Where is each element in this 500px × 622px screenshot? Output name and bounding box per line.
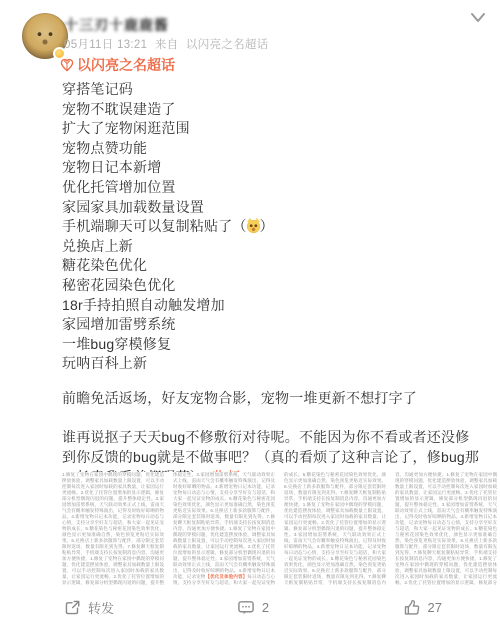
source-link[interactable]: 以闪亮之名超话 <box>186 39 269 51</box>
source-label: 来自 <box>155 39 179 51</box>
update-line: 秘密花园染色优化 <box>62 276 480 296</box>
update-line: 糖花染色优化 <box>62 256 480 276</box>
post-meta: 05月11日 13:21 来自 以闪亮之名超话 <box>64 36 273 52</box>
update-line: 兑换店上新 <box>62 237 480 257</box>
repost-button[interactable]: 转发 <box>0 598 190 617</box>
supertopic-label: 以闪亮之名超话 <box>77 55 175 75</box>
update-line: 宠物不耽误建造了 <box>62 100 480 120</box>
repost-icon <box>64 599 81 616</box>
summary-paragraph: 前瞻免活返场，好友宠物合影，宠物一堆更新不想打字了 <box>62 388 480 408</box>
supertopic-gem-icon <box>60 58 74 72</box>
chevron-down-icon[interactable] <box>470 12 486 24</box>
update-line: 手机端聊天可以复制粘贴了（） <box>62 217 480 237</box>
comment-count: 2 <box>262 600 269 615</box>
patch-notes-accent-heading: 【优化及体验内容】 <box>206 574 248 579</box>
comment-icon <box>237 599 255 616</box>
update-line: 优化托管增加位置 <box>62 178 480 198</box>
supertopic-tag[interactable]: 以闪亮之名超话 <box>60 56 175 73</box>
username[interactable]: 十三刃十鹿鹿酱 <box>64 15 169 35</box>
action-bar: 转发 2 27 <box>0 592 500 622</box>
weibo-post: 十三刃十鹿鹿酱 05月11日 13:21 来自 以闪亮之名超话 以闪亮之名超话 … <box>0 0 500 622</box>
timestamp: 05月11日 13:21 <box>64 39 147 51</box>
comment-button[interactable]: 2 <box>190 599 316 616</box>
update-line: 一堆bug穿模修复 <box>62 335 480 355</box>
like-button[interactable]: 27 <box>316 599 500 616</box>
post-content: 穿搭笔记码宠物不耽误建造了扩大了宠物闲逛范围宠物点赞功能宠物日记本新增优化托管增… <box>62 80 480 487</box>
thumbs-up-icon <box>403 599 421 616</box>
update-line: 玩呐百科上新 <box>62 354 480 374</box>
update-line: 宠物日记本新增 <box>62 158 480 178</box>
patch-notes-image[interactable]: 1.修复了宠物在家园中偶现的穿模问题，优化建造摆放体验，调整家具加载数量上限设置… <box>62 472 497 588</box>
update-line: 穿搭笔记码 <box>62 80 480 100</box>
update-line: 扩大了宠物闲逛范围 <box>62 119 480 139</box>
doge-emoji-icon <box>247 220 260 233</box>
update-lines: 穿搭笔记码宠物不耽误建造了扩大了宠物闲逛范围宠物点赞功能宠物日记本新增优化托管增… <box>62 80 480 374</box>
update-line: 18r手持拍照自动触发增加 <box>62 296 480 316</box>
update-line: 家园增加雷劈系统 <box>62 315 480 335</box>
update-line: 家园家具加载数量设置 <box>62 198 480 218</box>
repost-label: 转发 <box>88 598 114 617</box>
update-line: 宠物点赞功能 <box>62 139 480 159</box>
like-count: 27 <box>428 600 442 615</box>
